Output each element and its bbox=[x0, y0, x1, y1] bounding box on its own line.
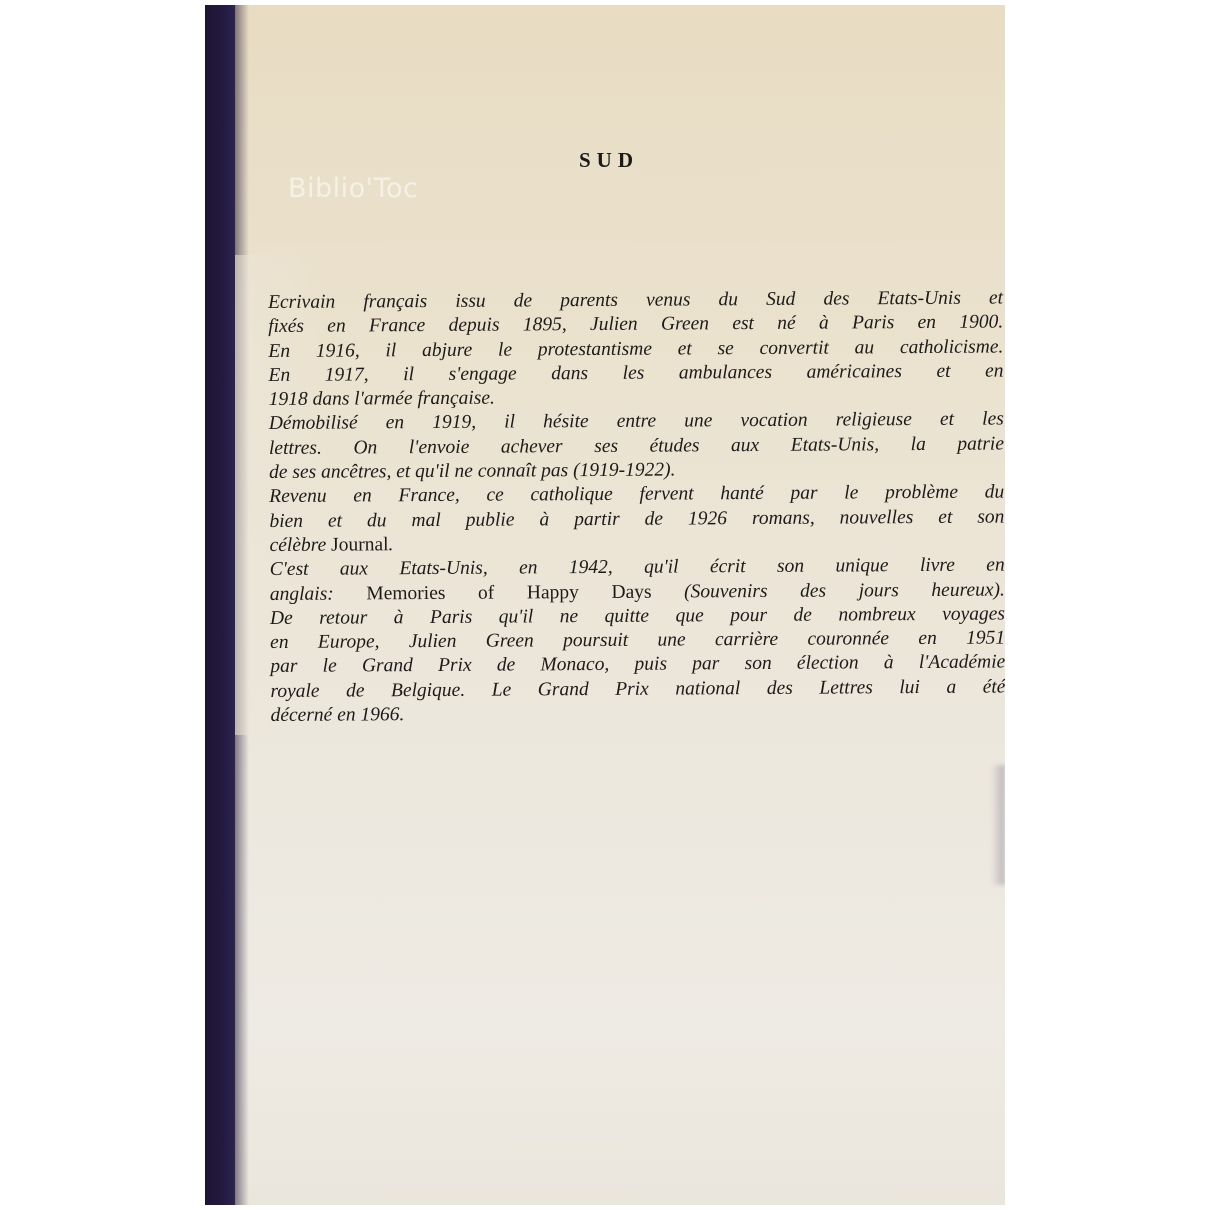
watermark-logo: Biblio'Toc bbox=[288, 173, 418, 204]
text-line: lettres. On l'envoie achever ses études … bbox=[269, 432, 1004, 461]
text-line: bien et du mal publie à partir de 1926 r… bbox=[269, 505, 1004, 534]
book-title-text: Journal bbox=[331, 534, 389, 555]
book-title-text: Memories of Happy Days bbox=[366, 581, 651, 604]
text-line: décerné en 1966. bbox=[271, 700, 1005, 729]
book-page-photo: Biblio'Toc SUD Ecrivain français issu de… bbox=[205, 5, 1005, 1205]
book-cover-edge bbox=[205, 5, 235, 1205]
page-title: SUD bbox=[579, 148, 639, 173]
page-shadow bbox=[991, 765, 1005, 885]
text-line: En 1917, il s'engage dans les ambulances… bbox=[268, 359, 1003, 388]
text-line: royale de Belgique. Le Grand Prix nation… bbox=[270, 675, 1005, 704]
author-biography: Ecrivain français issu de parents venus … bbox=[268, 287, 1005, 729]
